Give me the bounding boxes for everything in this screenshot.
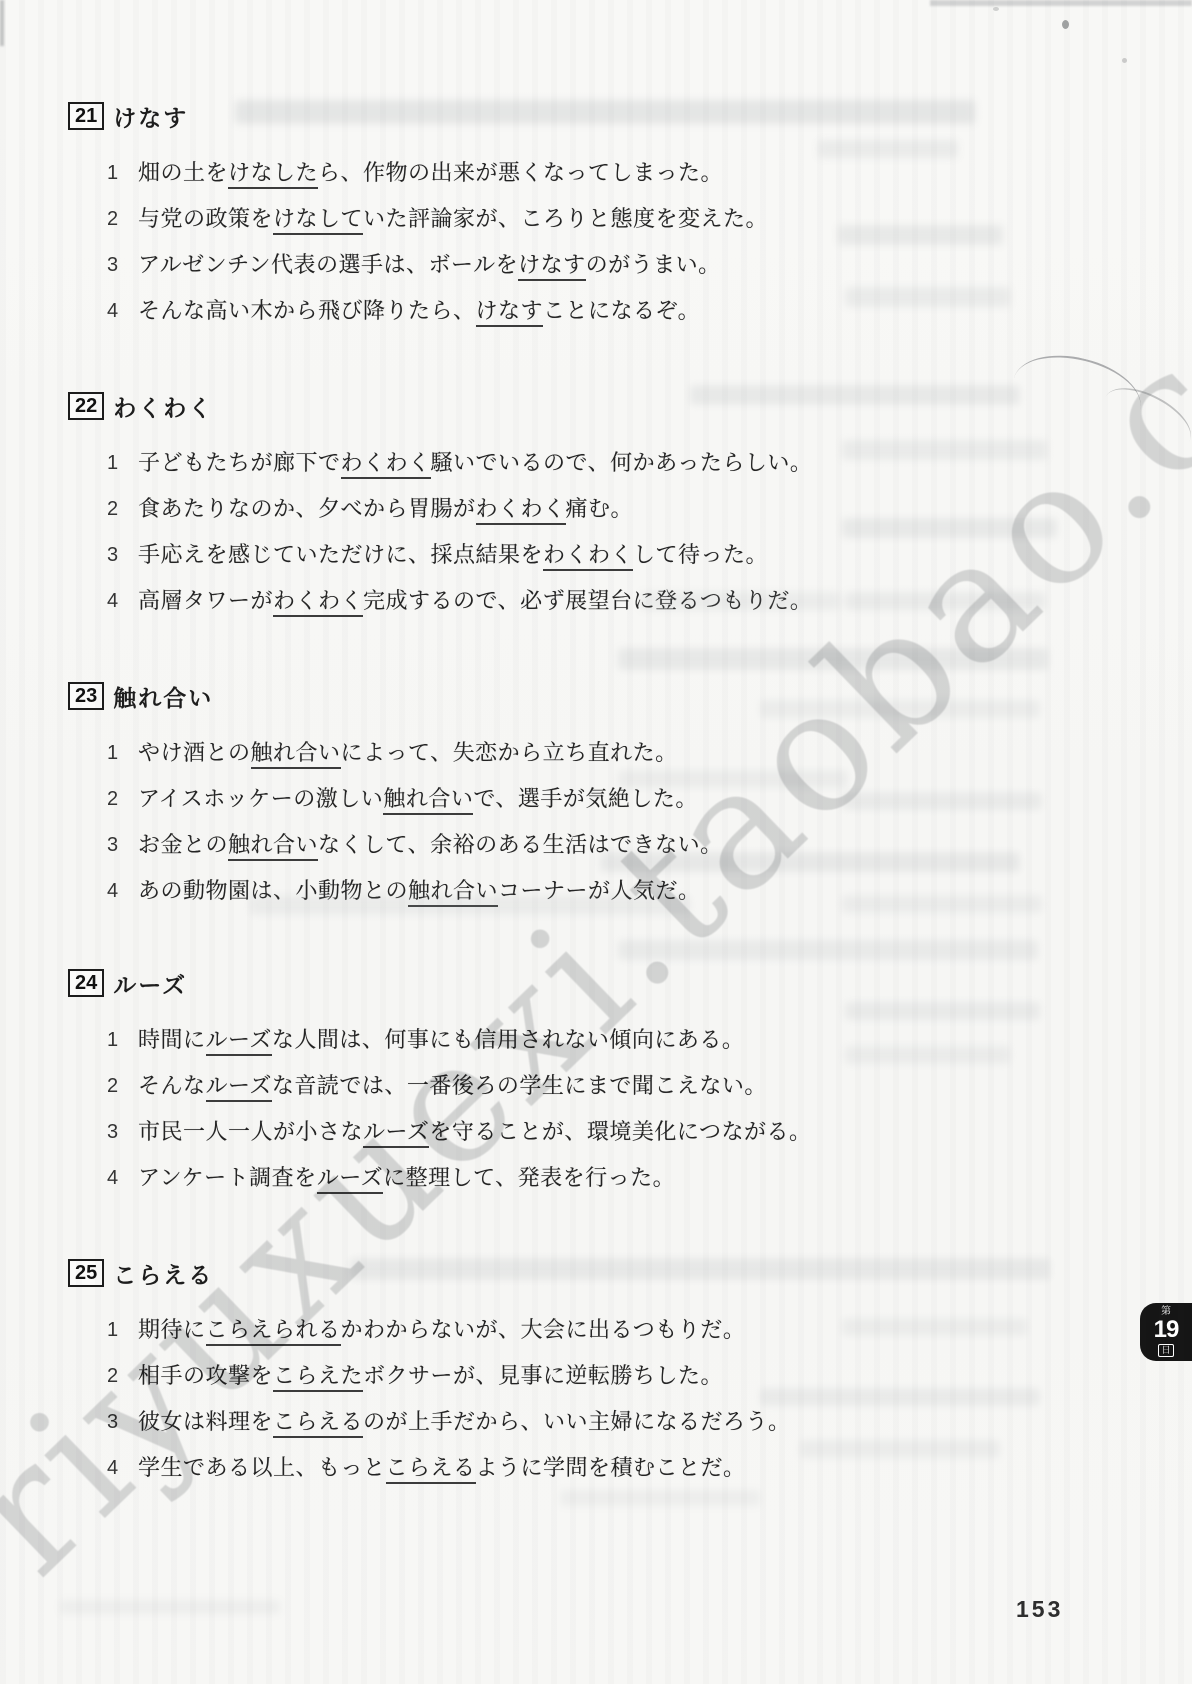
question-block: 21けなす1畑の土をけなしたら、作物の出来が悪くなってしまった。2与党の政策をけ… [68, 100, 1048, 342]
underlined-word: ルーズ [317, 1165, 383, 1194]
underlined-word: けなす [518, 252, 586, 281]
option-text: 高層タワーがわくわく完成するので、必ず展望台に登るつもりだ。 [138, 586, 812, 616]
bleed-through-smudge [60, 1600, 280, 1614]
option-number: 1 [107, 448, 138, 478]
underlined-word: けなした [228, 160, 318, 189]
question-block: 25こらえる1期待にこらえられるかわからないが、大会に出るつもりだ。2相手の攻撃… [68, 1257, 1048, 1499]
option-row: 3手応えを感じていただけに、採点結果をわくわくして待った。 [107, 540, 1048, 570]
option-row: 3お金との触れ合いなくして、余裕のある生活はできない。 [107, 830, 1048, 860]
option-text: 手応えを感じていただけに、採点結果をわくわくして待った。 [138, 540, 768, 570]
option-number: 1 [107, 1315, 138, 1345]
option-text: 畑の土をけなしたら、作物の出来が悪くなってしまった。 [138, 158, 723, 188]
question-block: 24ルーズ1時間にルーズな人間は、何事にも信用されない傾向にある。2そんなルーズ… [68, 967, 1048, 1209]
option-row: 1期待にこらえられるかわからないが、大会に出るつもりだ。 [107, 1315, 1048, 1345]
option-number: 4 [107, 1453, 138, 1483]
option-row: 4学生である以上、もっとこらえるように学問を積むことだ。 [107, 1453, 1048, 1483]
option-number: 3 [107, 250, 138, 280]
question-word: 触れ合い [113, 680, 213, 713]
option-number: 2 [107, 1071, 138, 1101]
option-row: 3市民一人一人が小さなルーズを守ることが、環境美化につながる。 [107, 1117, 1048, 1147]
option-text: 学生である以上、もっとこらえるように学問を積むことだ。 [138, 1453, 746, 1483]
question-number-box: 25 [68, 1259, 104, 1287]
option-number: 1 [107, 158, 138, 188]
underlined-word: わくわく [476, 496, 566, 525]
underlined-word: 触れ合い [408, 878, 498, 907]
underlined-word: わくわく [273, 588, 363, 617]
question-number-box: 21 [68, 102, 104, 130]
bleed-through-smudge [618, 940, 1038, 960]
underlined-word: ルーズ [363, 1119, 429, 1148]
question-number-box: 22 [68, 392, 104, 420]
option-number: 3 [107, 540, 138, 570]
option-text: あの動物園は、小動物との触れ合いコーナーが人気だ。 [138, 876, 701, 906]
option-text: 時間にルーズな人間は、何事にも信用されない傾向にある。 [138, 1025, 744, 1055]
option-text: アイスホッケーの激しい触れ合いで、選手が気絶した。 [138, 784, 698, 814]
option-number: 4 [107, 586, 138, 616]
option-text: 相手の攻撃をこらえたボクサーが、見事に逆転勝ちした。 [138, 1361, 723, 1391]
option-text: 与党の政策をけなしていた評論家が、ころりと態度を変えた。 [138, 204, 768, 234]
option-text: そんな高い木から飛び降りたら、けなすことになるぞ。 [138, 296, 700, 326]
scanned-textbook-page: riyuxuexi.taobao.com 21けなす1畑の土をけなしたら、作物の… [0, 0, 1192, 1684]
underlined-word: ルーズ [206, 1073, 272, 1102]
question-number-box: 24 [68, 969, 104, 997]
day-badge-suffix: 日 [1158, 1344, 1173, 1357]
option-row: 2相手の攻撃をこらえたボクサーが、見事に逆転勝ちした。 [107, 1361, 1048, 1391]
scratch-mark [1094, 376, 1192, 463]
option-row: 4アンケート調査をルーズに整理して、発表を行った。 [107, 1163, 1048, 1193]
question-word: けなす [113, 100, 188, 133]
day-badge-number: 19 [1154, 1318, 1179, 1342]
option-text: アルゼンチン代表の選手は、ボールをけなすのがうまい。 [138, 250, 721, 280]
option-number: 1 [107, 1025, 138, 1055]
option-number: 2 [107, 204, 138, 234]
underlined-word: こらえた [273, 1363, 363, 1392]
underlined-word: こらえられる [206, 1317, 341, 1346]
option-number: 4 [107, 296, 138, 326]
bleed-through-smudge [618, 648, 1048, 670]
option-row: 4高層タワーがわくわく完成するので、必ず展望台に登るつもりだ。 [107, 586, 1048, 616]
option-row: 2食あたりなのか、夕べから胃腸がわくわく痛む。 [107, 494, 1048, 524]
ink-speck [1122, 58, 1127, 63]
question-header: 25こらえる [68, 1257, 1048, 1289]
option-row: 2そんなルーズな音読では、一番後ろの学生にまで聞こえない。 [107, 1071, 1048, 1101]
question-block: 23触れ合い1やけ酒との触れ合いによって、失恋から立ち直れた。2アイスホッケーの… [68, 680, 1048, 922]
underlined-word: けなして [273, 206, 363, 235]
question-word: こらえる [113, 1257, 213, 1290]
question-header: 21けなす [68, 100, 1048, 132]
option-number: 2 [107, 1361, 138, 1391]
scan-edge-mark [0, 0, 4, 46]
underlined-word: けなす [476, 298, 544, 327]
option-row: 4そんな高い木から飛び降りたら、けなすことになるぞ。 [107, 296, 1048, 326]
option-number: 4 [107, 1163, 138, 1193]
question-word: ルーズ [113, 967, 187, 1000]
option-row: 1時間にルーズな人間は、何事にも信用されない傾向にある。 [107, 1025, 1048, 1055]
option-text: お金との触れ合いなくして、余裕のある生活はできない。 [138, 830, 723, 860]
page-number: 153 [1016, 1596, 1063, 1623]
question-block: 22わくわく1子どもたちが廊下でわくわく騒いでいるので、何かあったらしい。2食あ… [68, 390, 1048, 632]
underlined-word: こらえる [273, 1409, 363, 1438]
option-row: 4あの動物園は、小動物との触れ合いコーナーが人気だ。 [107, 876, 1048, 906]
underlined-word: わくわく [543, 542, 633, 571]
option-text: アンケート調査をルーズに整理して、発表を行った。 [138, 1163, 675, 1193]
underlined-word: こらえる [386, 1455, 476, 1484]
underlined-word: 触れ合い [228, 832, 318, 861]
option-text: そんなルーズな音読では、一番後ろの学生にまで聞こえない。 [138, 1071, 767, 1101]
option-number: 2 [107, 494, 138, 524]
question-number-box: 23 [68, 682, 104, 710]
option-row: 2アイスホッケーの激しい触れ合いで、選手が気絶した。 [107, 784, 1048, 814]
underlined-word: ルーズ [206, 1027, 272, 1056]
option-text: 子どもたちが廊下でわくわく騒いでいるので、何かあったらしい。 [138, 448, 812, 478]
option-text: 市民一人一人が小さなルーズを守ることが、環境美化につながる。 [138, 1117, 811, 1147]
scan-edge-shadow [930, 0, 1192, 6]
option-row: 1子どもたちが廊下でわくわく騒いでいるので、何かあったらしい。 [107, 448, 1048, 478]
option-row: 1やけ酒との触れ合いによって、失恋から立ち直れた。 [107, 738, 1048, 768]
option-number: 1 [107, 738, 138, 768]
question-header: 23触れ合い [68, 680, 1048, 712]
option-text: 食あたりなのか、夕べから胃腸がわくわく痛む。 [138, 494, 633, 524]
underlined-word: わくわく [341, 450, 431, 479]
option-text: やけ酒との触れ合いによって、失恋から立ち直れた。 [138, 738, 678, 768]
ink-speck [1062, 20, 1069, 29]
question-header: 24ルーズ [68, 967, 1048, 999]
option-number: 4 [107, 876, 138, 906]
underlined-word: 触れ合い [251, 740, 341, 769]
option-text: 彼女は料理をこらえるのが上手だから、いい主婦になるだろう。 [138, 1407, 791, 1437]
underlined-word: 触れ合い [383, 786, 473, 815]
option-number: 3 [107, 1407, 138, 1437]
question-word: わくわく [113, 390, 213, 423]
day-badge: 第 19 日 [1140, 1303, 1192, 1361]
option-number: 2 [107, 784, 138, 814]
option-number: 3 [107, 1117, 138, 1147]
ink-speck [993, 7, 999, 11]
option-number: 3 [107, 830, 138, 860]
option-row: 3彼女は料理をこらえるのが上手だから、いい主婦になるだろう。 [107, 1407, 1048, 1437]
question-header: 22わくわく [68, 390, 1048, 422]
option-text: 期待にこらえられるかわからないが、大会に出るつもりだ。 [138, 1315, 745, 1345]
option-row: 1畑の土をけなしたら、作物の出来が悪くなってしまった。 [107, 158, 1048, 188]
option-row: 3アルゼンチン代表の選手は、ボールをけなすのがうまい。 [107, 250, 1048, 280]
option-row: 2与党の政策をけなしていた評論家が、ころりと態度を変えた。 [107, 204, 1048, 234]
